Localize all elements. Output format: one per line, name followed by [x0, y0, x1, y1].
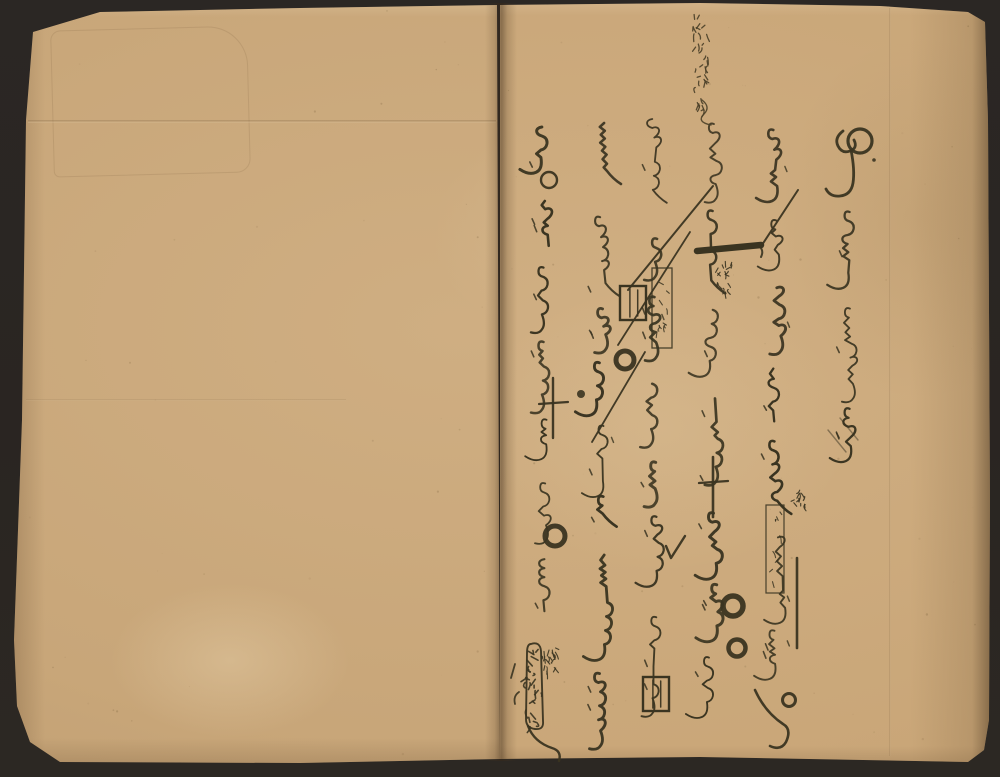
left-page-crease-upper — [28, 120, 496, 123]
right-page-fold-crease — [889, 8, 891, 756]
left-page-cover-impression — [50, 25, 251, 177]
manuscript-spread-photo: Photograph of an open bound volume: blan… — [0, 0, 1000, 777]
binding-gutter-shadow — [485, 3, 517, 761]
left-page-crease-lower — [26, 399, 346, 401]
